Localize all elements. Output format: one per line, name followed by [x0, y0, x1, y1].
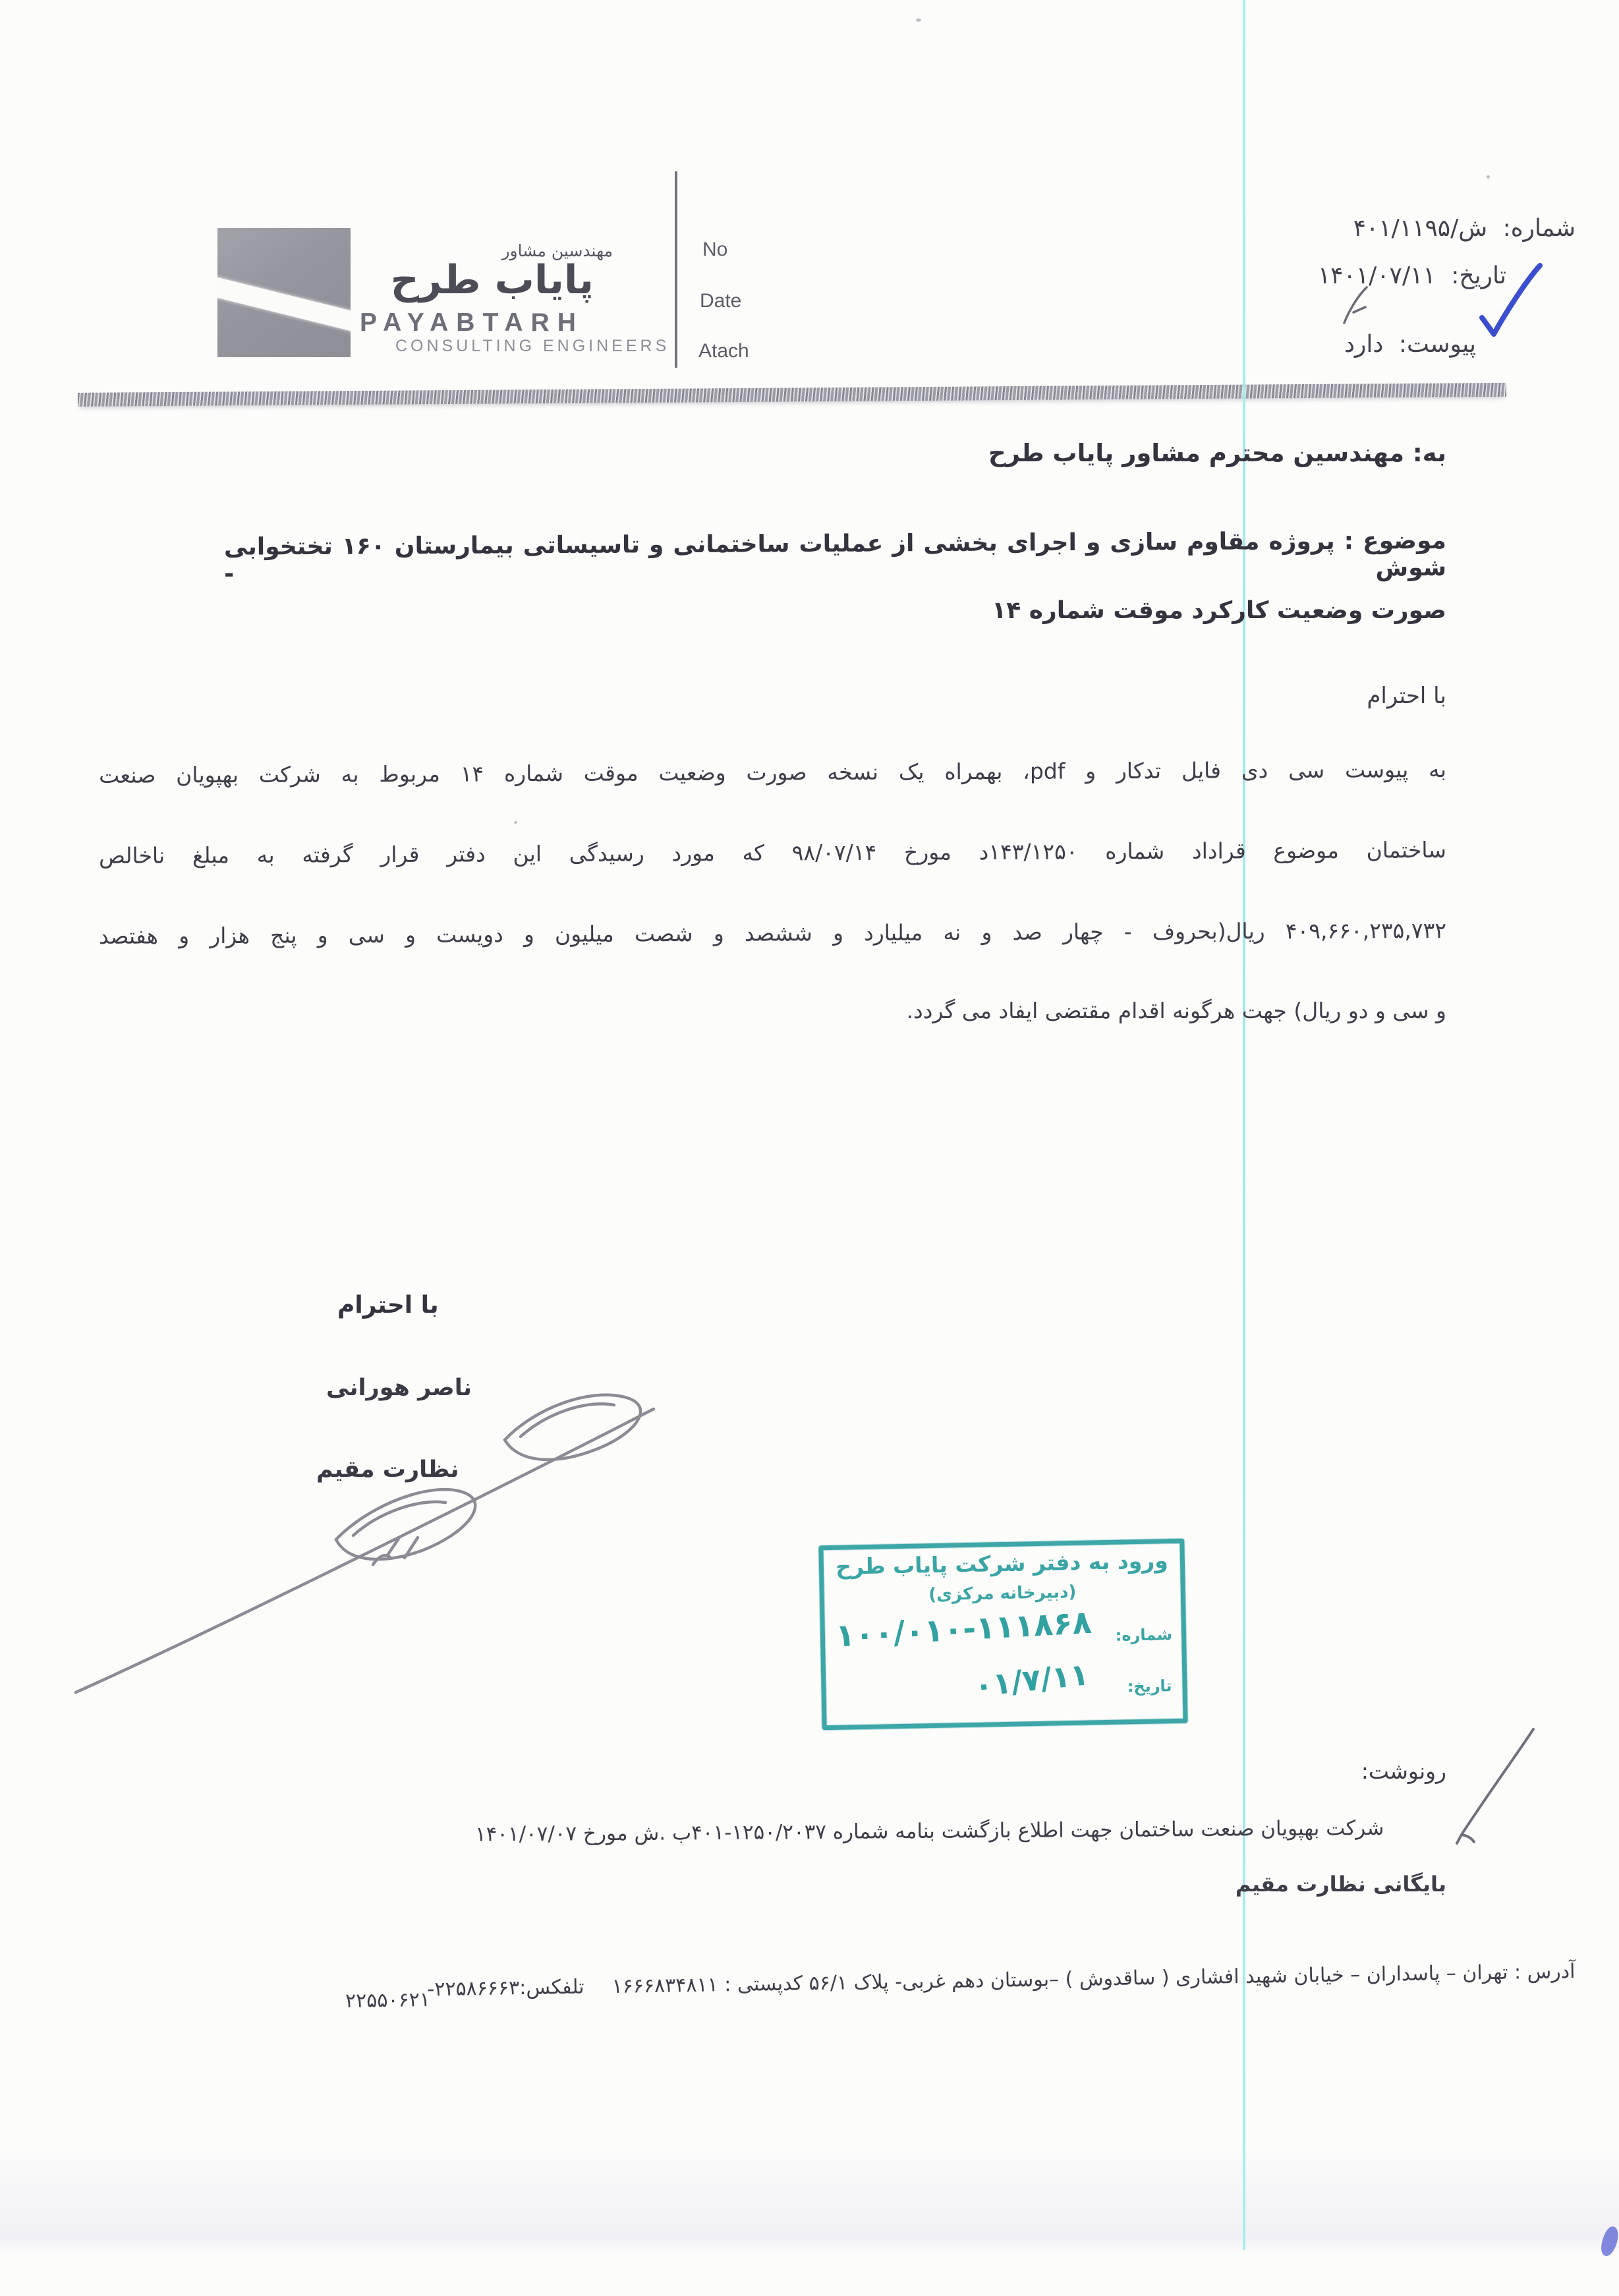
letterhead-divider-rule [675, 171, 677, 368]
scanner-cyan-streak [1243, 0, 1245, 2250]
pen-scribble-icon [1336, 282, 1378, 330]
stamp-subtitle: (دبیرخانه مرکزی) [824, 1580, 1181, 1607]
attachment-value: دارد [1344, 331, 1383, 358]
scan-speck [514, 821, 517, 824]
telefax-text: تلفکس:۲۲۵۸۶۶۶۳- [427, 1976, 584, 2001]
scan-haze [0, 2145, 1619, 2254]
attachment-row: پیوست: دارد [1344, 331, 1476, 358]
logo-fa-name: پایاب طرح [391, 257, 594, 303]
scan-speck [1487, 175, 1490, 179]
letter-number-row: شماره: ۴۰۱/۱۱۹۵/ش [1353, 215, 1576, 242]
attachment-label: پیوست: [1399, 331, 1476, 358]
stamp-number-value: ۱۰۰/۰۱۰-۱۱۱۸۶۸ [835, 1604, 1093, 1655]
body-line-4: و سی و دو ریال) جهت هرگونه اقدام مقتضی ا… [907, 998, 1446, 1023]
archive-line: بایگانی نظارت مقیم [1236, 1872, 1446, 1897]
address-line: آدرس : تهران – پاسداران – خیابان شهید اف… [427, 1960, 1575, 2001]
salutation: با احترام [1367, 683, 1446, 709]
letter-number-label: شماره: [1503, 215, 1576, 242]
stamp-date-label: تاریخ: [1127, 1677, 1172, 1696]
stamp-date-value: ۰۱/۷/۱۱ [973, 1656, 1091, 1704]
phone-second-number: ۲۲۵۵۰۶۲۱ [345, 1988, 430, 2013]
scan-speck [916, 18, 921, 22]
letter-number-value: ۴۰۱/۱۱۹۵/ش [1353, 215, 1488, 242]
logo-en-name: PAYABTARH [360, 308, 584, 337]
company-logo [217, 228, 351, 357]
header-separator-band [78, 383, 1506, 407]
stamp-number-label: شماره: [1115, 1625, 1172, 1645]
logo-diagonal-stripe-icon [217, 275, 351, 335]
address-text: آدرس : تهران – پاسداران – خیابان شهید اف… [611, 1960, 1575, 1998]
field-atach-label: Atach [698, 340, 749, 362]
recipient-line: به: مهندسین محترم مشاور پایاب طرح [988, 439, 1446, 467]
pen-checkmark-icon [1472, 261, 1545, 339]
cc-label: رونوشت: [1361, 1758, 1446, 1784]
office-entry-stamp: ورود به دفتر شرکت پایاب طرح (دبیرخانه مر… [818, 1539, 1187, 1731]
handwritten-signature [59, 1371, 692, 1713]
cc-recipient-line: شرکت بهپویان صنعت ساختمان جهت اطلاع بازگ… [474, 1816, 1384, 1847]
logo-en-subtitle: CONSULTING ENGINEERS [395, 337, 669, 356]
field-date-label: Date [700, 290, 741, 312]
pen-slash-icon [1450, 1721, 1542, 1847]
closing-respect: با احترام [337, 1292, 439, 1319]
stamp-title: ورود به دفتر شرکت پایاب طرح [824, 1547, 1181, 1580]
scanned-letter-page: مهندسین مشاور پایاب طرح PAYABTARH CONSUL… [0, 0, 1619, 2296]
subject-line-1: موضوع : پروژه مقاوم سازی و اجرای بخشی از… [224, 527, 1446, 588]
subject-line-2: صورت وضعیت کارکرد موقت شماره ۱۴ [992, 597, 1446, 624]
field-no-label: No [702, 239, 727, 261]
